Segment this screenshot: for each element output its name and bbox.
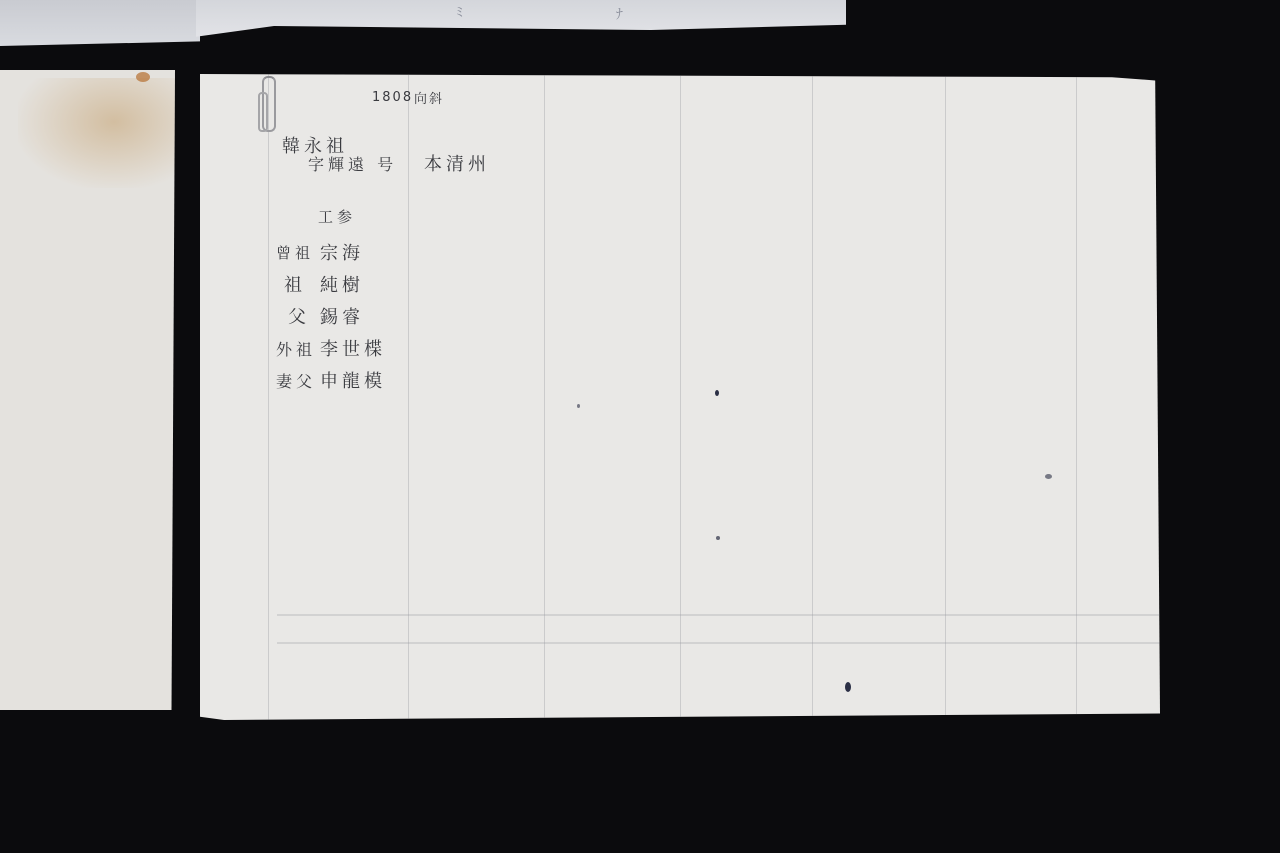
- ancestry-name: 申龍模: [320, 367, 386, 393]
- ancestry-relation: 妻父: [276, 369, 312, 392]
- water-stain: [18, 78, 178, 188]
- ancestry-row: 妻父 申龍模: [276, 364, 386, 396]
- name-line-2: 字輝遠 号: [308, 152, 397, 175]
- ancestry-relation: 外祖: [276, 337, 312, 360]
- ancestry-relation: 祖: [276, 271, 310, 297]
- ancestry-list: 曾祖 宗海 祖 純樹 父 錫睿 外祖 李世楪 妻父 申龍模: [276, 236, 386, 396]
- crease-line: [277, 614, 1160, 616]
- ancestry-row: 外祖 李世楪: [276, 332, 386, 364]
- ancestry-row: 曾祖 宗海: [276, 236, 386, 268]
- paper-clip-inner-loop: [258, 92, 268, 132]
- ancestry-name: 錫睿: [320, 303, 364, 329]
- fold-line: [812, 74, 813, 720]
- fold-line: [945, 74, 946, 720]
- ancestry-relation: 父: [276, 303, 310, 329]
- ancestry-name: 純樹: [320, 271, 364, 297]
- header-note: 向斜: [414, 88, 444, 107]
- rust-spot: [136, 72, 150, 82]
- ink-speck: [716, 536, 720, 540]
- top-left-sheet-strip: [0, 0, 200, 46]
- fold-line: [408, 74, 409, 720]
- fold-line: [544, 74, 545, 720]
- ink-speck: [577, 404, 580, 408]
- ink-speck: [845, 682, 851, 692]
- ancestry-name: 李世楪: [320, 335, 386, 361]
- crease-line: [277, 642, 1160, 644]
- ancestry-row: 父 錫睿: [276, 300, 386, 332]
- fold-line: [268, 74, 269, 720]
- top-center-sheet-strip: ﾐ ﾅ: [196, 0, 846, 40]
- ink-speck: [715, 390, 719, 396]
- fold-line: [1076, 74, 1077, 720]
- origin-label: 本清州: [424, 150, 490, 176]
- fold-line: [680, 74, 681, 720]
- left-document-sheet: [0, 70, 175, 710]
- ancestry-name: 宗海: [320, 239, 364, 265]
- section-heading: 工参: [318, 206, 356, 227]
- ancestry-row: 祖 純樹: [276, 268, 386, 300]
- header-number: 1808: [372, 90, 413, 105]
- ink-speck: [1045, 474, 1052, 479]
- ancestry-relation: 曾祖: [276, 242, 310, 263]
